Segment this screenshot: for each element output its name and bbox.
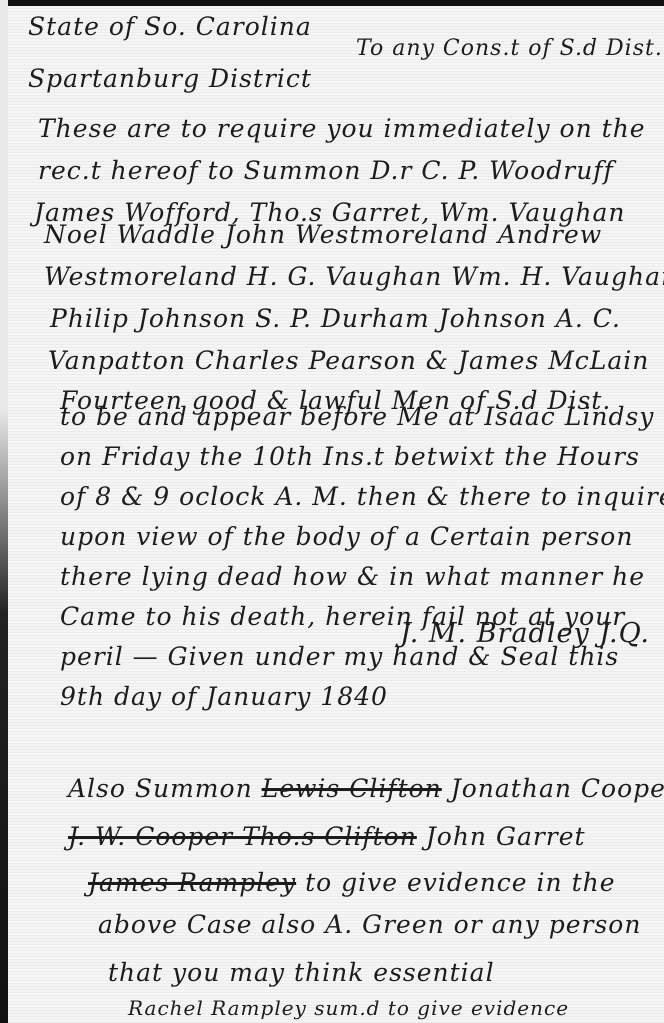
- footnote: Rachel Rampley sum.d to give evidence: [128, 996, 569, 1020]
- body-line-5: Westmoreland H. G. Vaughan Wm. H. Vaugha…: [44, 262, 664, 291]
- postscript-line-2: J. W. Cooper Tho.s Clifton John Garret: [68, 822, 586, 851]
- postscript-1b-struck: Lewis Clifton: [262, 774, 442, 803]
- document-page: State of So. Carolina Spartanburg Distri…: [8, 6, 664, 1023]
- signature: J. M. Bradley J.Q.: [400, 618, 650, 649]
- postscript-2b: John Garret: [417, 822, 586, 851]
- body-line-10: on Friday the 10th Ins.t betwixt the Hou…: [60, 442, 640, 471]
- postscript-2a-struck: J. W. Cooper Tho.s Clifton: [68, 822, 417, 851]
- header-addressee: To any Cons.t of S.d Dist.: [356, 36, 663, 61]
- body-line-4: Noel Waddle John Westmoreland Andrew: [44, 220, 602, 249]
- postscript-line-5: that you may think essential: [108, 958, 495, 987]
- body-line-7: Vanpatton Charles Pearson & James McLain: [48, 346, 649, 375]
- body-line-1: These are to require you immediately on …: [38, 114, 646, 143]
- body-line-9: to be and appear before Me at Isaac Lind…: [60, 402, 654, 431]
- postscript-line-4: above Case also A. Green or any person: [98, 910, 641, 939]
- body-line-16: 9th day of January 1840: [60, 682, 388, 711]
- body-line-6: Philip Johnson S. P. Durham Johnson A. C…: [50, 304, 621, 333]
- postscript-line-3: James Rampley to give evidence in the: [88, 868, 616, 897]
- body-line-11: of 8 & 9 oclock A. M. then & there to in…: [60, 482, 664, 511]
- postscript-3b: to give evidence in the: [296, 868, 615, 897]
- header-state: State of So. Carolina: [28, 12, 312, 41]
- postscript-line-1: Also Summon Lewis Clifton Jonathan Coope…: [68, 774, 664, 803]
- body-line-12: upon view of the body of a Certain perso…: [60, 522, 633, 551]
- postscript-1a: Also Summon: [68, 774, 262, 803]
- postscript-3a-struck: James Rampley: [88, 868, 296, 897]
- body-line-13: there lying dead how & in what manner he: [60, 562, 645, 591]
- body-line-2: rec.t hereof to Summon D.r C. P. Woodruf…: [38, 156, 614, 185]
- header-district: Spartanburg District: [28, 64, 312, 93]
- postscript-1c: Jonathan Cooper: [442, 774, 664, 803]
- scan-left-border: [0, 0, 8, 1023]
